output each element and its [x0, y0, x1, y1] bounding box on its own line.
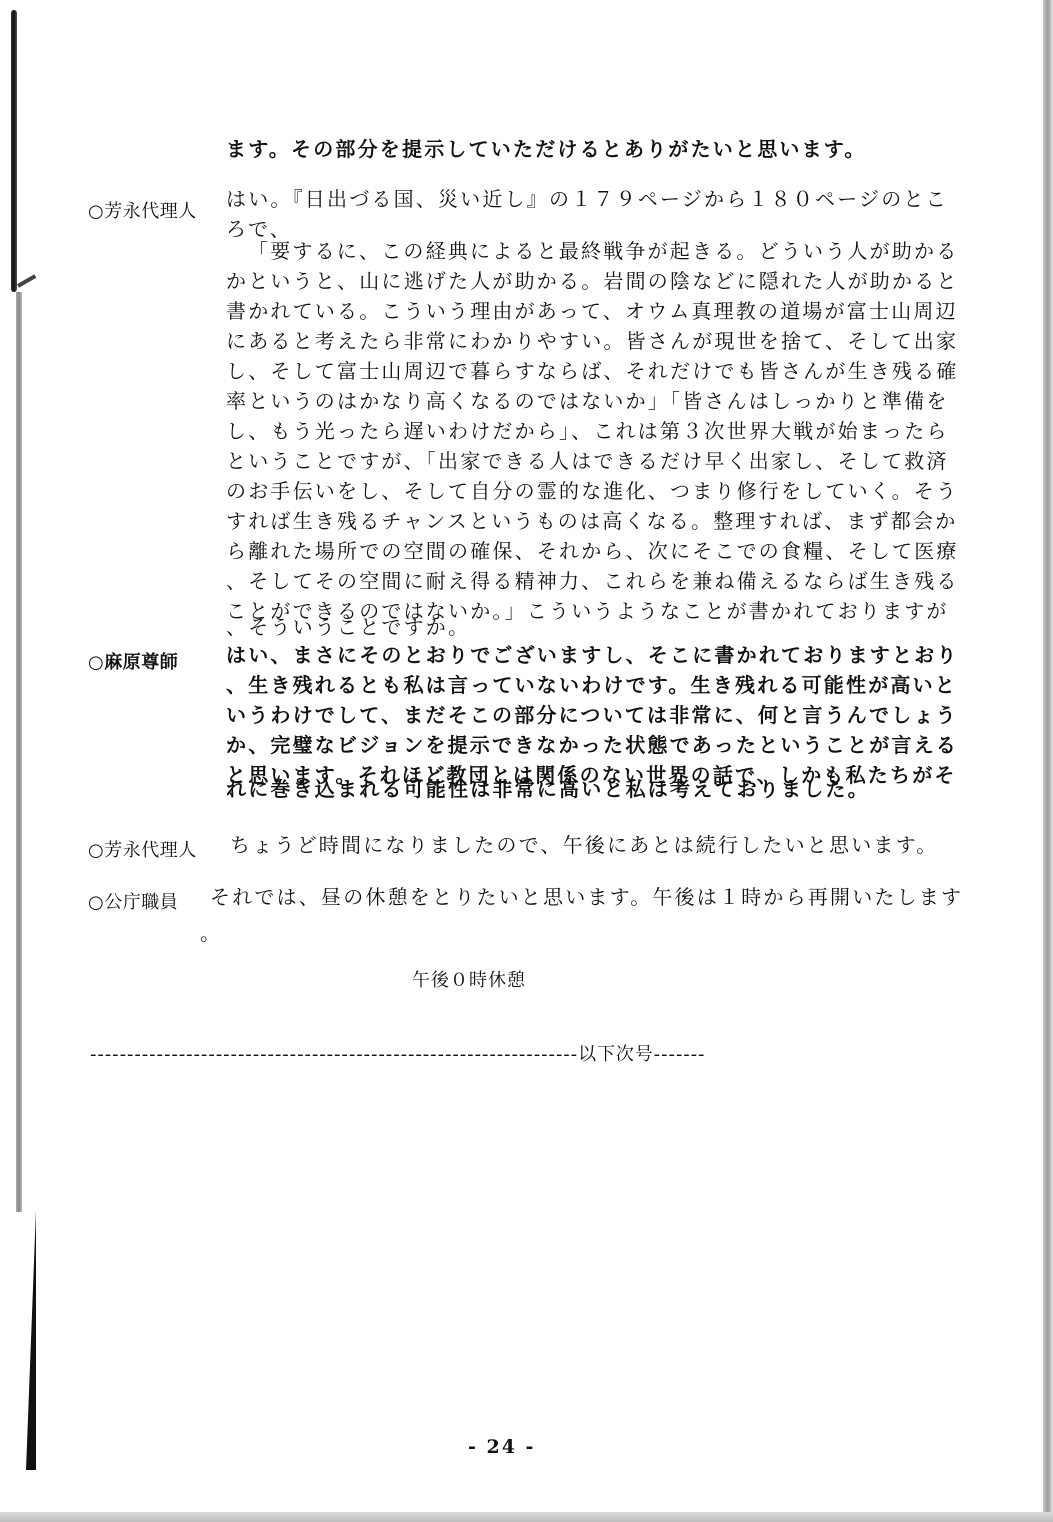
statement-line: 、生き残れるとも私は言っていないわけです。生き残れる可能性が高いと [226, 670, 957, 700]
speaker-label: ○芳永代理人 [88, 836, 197, 866]
quote-line: 率というのはかなり高くなるのではないか」「皆さんはしっかりと準備を [226, 386, 949, 416]
statement-line: 。 [200, 918, 222, 948]
quote-line: し、そして富士山周辺で暮らすならば、それだけでも皆さんが生き残る確 [226, 356, 959, 386]
binding-shadow [16, 292, 22, 1212]
quote-line: 、そういうことですか。 [226, 612, 470, 642]
quote-line: のお手伝いをし、そして自分の霊的な進化、つまり修行をしていく。そう [226, 476, 958, 506]
quote-line: し、もう光ったら遅いわけだから」、これは第３次世界大戦が始まったら [226, 416, 949, 446]
speaker-label: ○芳永代理人 [88, 197, 197, 227]
statement-line: れに巻き込まれる可能性は非常に高いと私は考えておりました。 [226, 774, 870, 804]
quote-line: にあると考えたら非常にわかりやすい。皆さんが現世を捨て、そして出家 [226, 326, 958, 356]
statement-line: はい、まさにそのとおりでございますし、そこに書かれておりますとおり [226, 640, 959, 670]
page-edge-shadow-bottom [0, 1512, 1053, 1522]
page-edge-shadow-right [1043, 0, 1053, 1522]
binding-mark-bottom [18, 1210, 36, 1470]
recess-note: 午後０時休憩 [412, 966, 526, 996]
speaker-label: ○麻原尊師 [88, 648, 178, 678]
quote-line: 、そしてその空間に耐え得る精神力、これらを兼ね備えるならば生き残る [226, 566, 959, 596]
quote-line: 書かれている。こういう理由があって、オウム真理教の道場が富士山周辺 [226, 296, 958, 326]
quote-line: すれば生き残るチャンスというものは高くなる。整理すれば、まず都会か [226, 506, 957, 536]
statement-line: か、完璧なビジョンを提示できなかった状態であったということが言える [226, 730, 958, 760]
binding-mark-hook [17, 274, 36, 287]
continuation-line: ます。その部分を提示していただけるとありがたいと思います。 [226, 134, 867, 164]
statement-line: それでは、昼の休憩をとりたいと思います。午後は１時から再開いたします [210, 882, 963, 912]
binding-mark [11, 10, 17, 292]
statement-line: ちょうど時間になりましたので、午後にあとは続行したいと思います。 [230, 830, 938, 860]
quote-line: かというと、山に逃げた人が助かる。岩間の陰などに隠れた人が助かると [226, 266, 959, 296]
speaker-label: ○公庁職員 [88, 888, 178, 918]
statement-line: はい。『日出づる国、災い近し』の１７９ページから１８０ページのとこ [226, 184, 948, 214]
quote-line: ということですが、「出家できる人はできるだけ早く出家し、そして救済 [226, 446, 949, 476]
statement-line: いうわけでして、まだそこの部分については非常に、何と言うんでしょう [226, 700, 958, 730]
page-number: - 24 - [468, 1432, 535, 1462]
quote-line: 「要するに、この経典によると最終戦争が起きる。どういう人が助かる [248, 236, 958, 266]
document-page: ます。その部分を提示していただけるとありがたいと思います。 ○芳永代理人 はい。… [0, 0, 1053, 1522]
quote-line: ら離れた場所での空間の確保、それから、次にそこでの食糧、そして医療 [226, 536, 959, 566]
continued-next-issue-separator: ----------------------------------------… [90, 1040, 705, 1070]
